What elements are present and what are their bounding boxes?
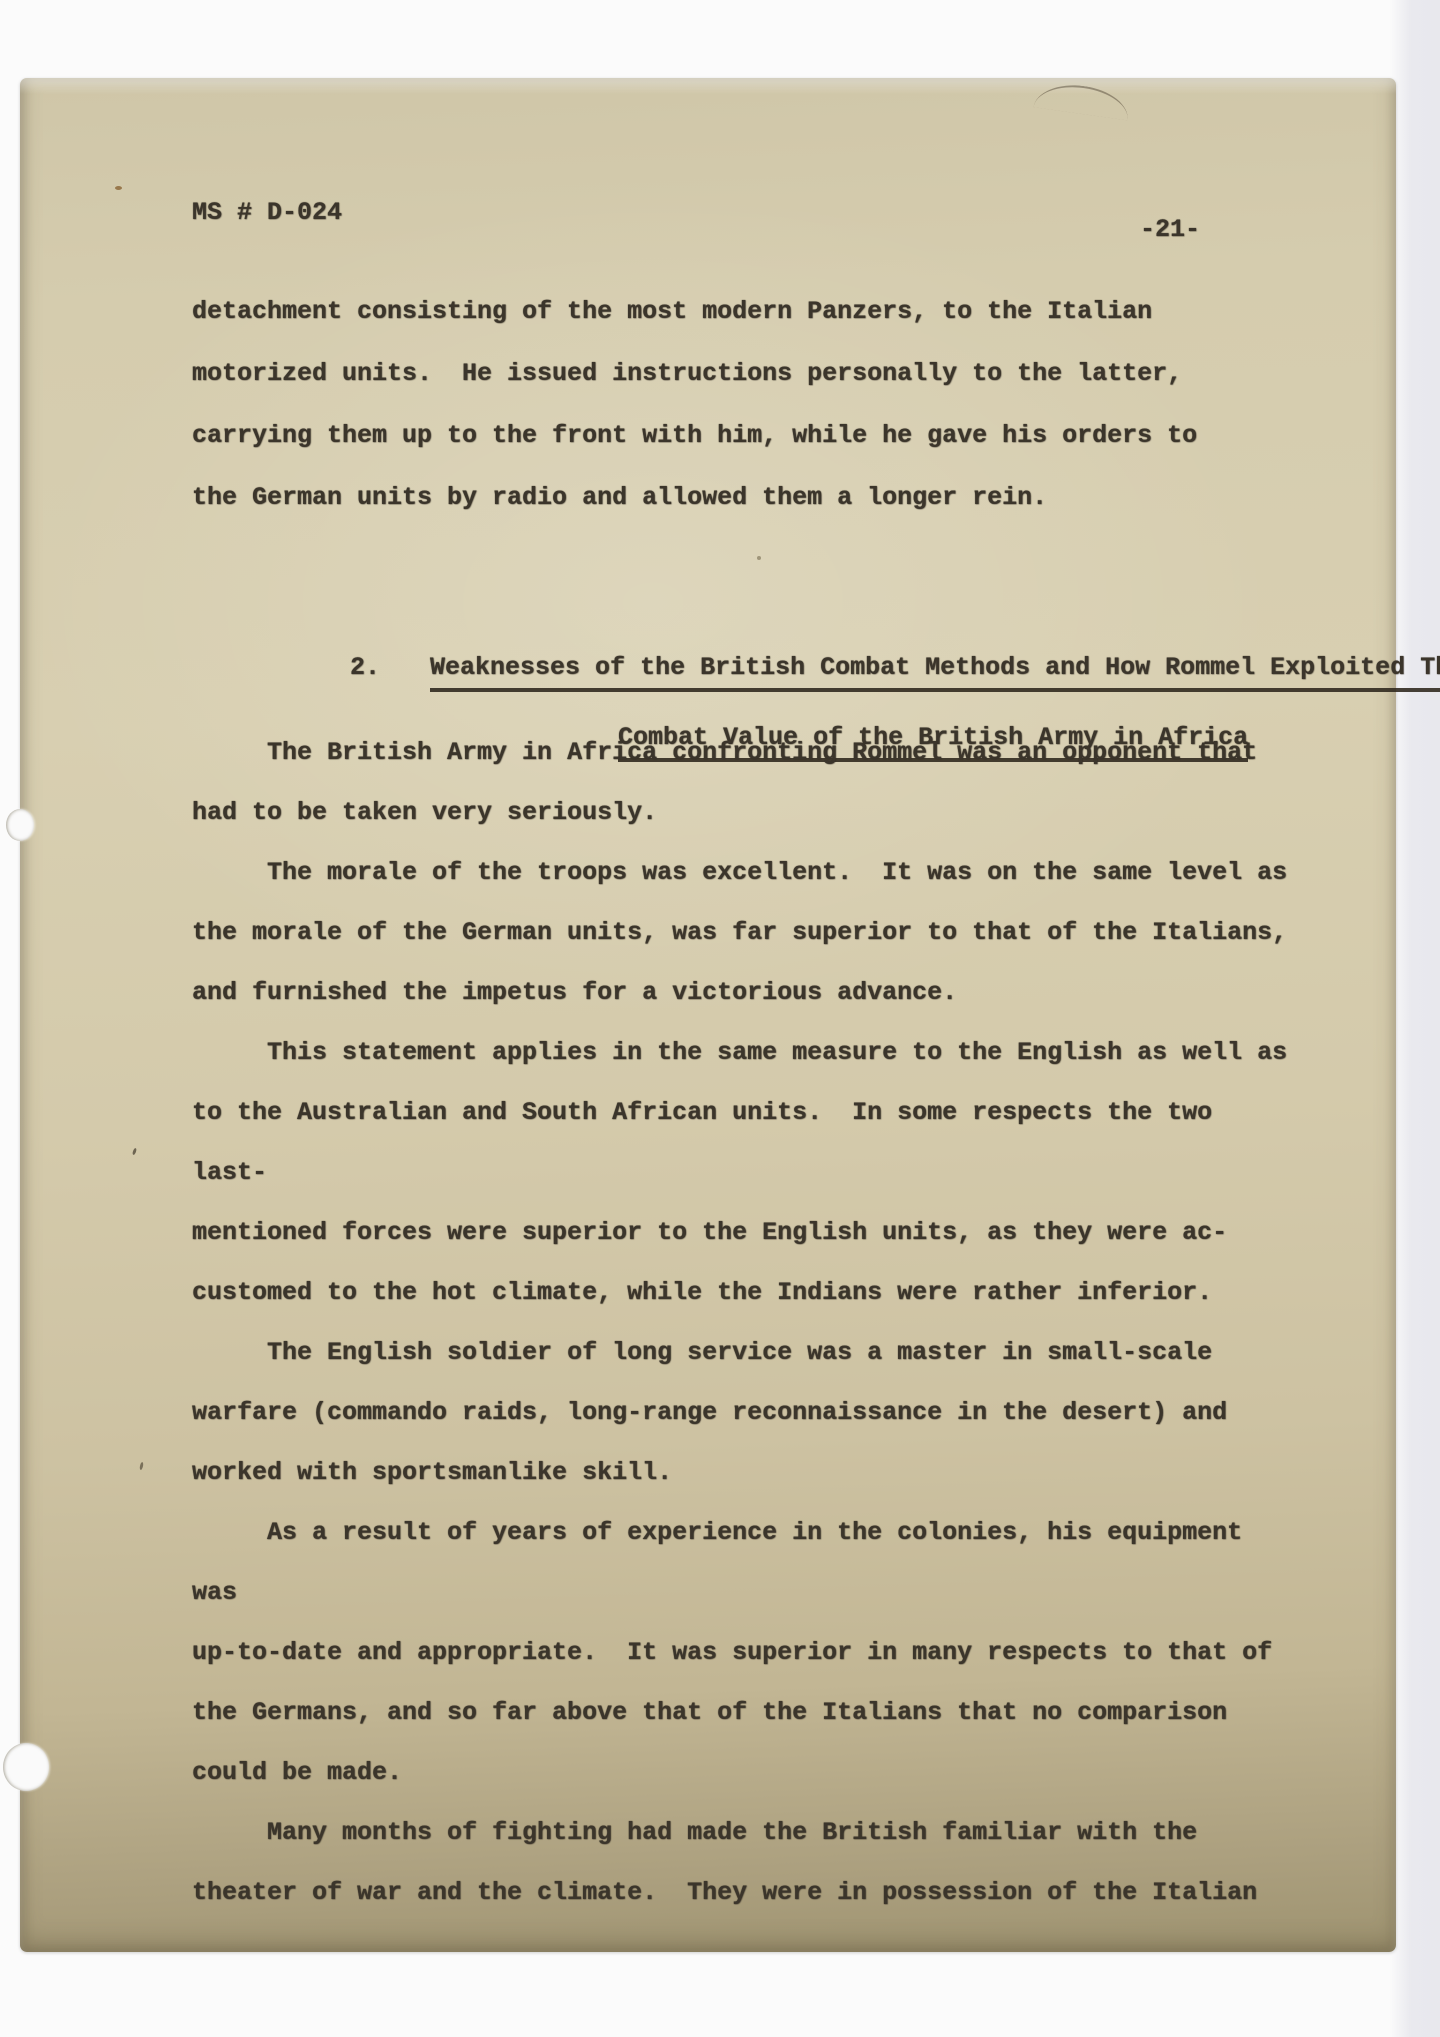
paper-top-sheen [20,78,1396,94]
document-page: MS # D-024 -21- detachment consisting of… [20,78,1396,1952]
paragraph-6: As a result of years of experience in th… [192,1503,1296,1803]
punch-hole [6,809,34,841]
paragraph-1: detachment consisting of the most modern… [192,281,1296,529]
paragraph-3: The morale of the troops was excellent. … [192,843,1296,1023]
section-number: 2. [350,633,430,703]
document-body: detachment consisting of the most modern… [20,281,1396,1923]
scan-background: MS # D-024 -21- detachment consisting of… [0,0,1440,2037]
paragraph-4: This statement applies in the same measu… [192,1023,1296,1323]
section-title-line-1: 2.Weaknesses of the British Combat Metho… [192,563,1296,633]
punch-hole [3,1743,49,1791]
paper-speck [115,186,122,190]
paragraph-7: Many months of fighting had made the Bri… [192,1803,1296,1923]
document-header: MS # D-024 -21- [20,78,1396,226]
paragraph-5: The English soldier of long service was … [192,1323,1296,1503]
manuscript-id: MS # D-024 [192,200,342,226]
paragraph-2: The British Army in Africa confronting R… [192,723,1296,843]
section-title-text: Weaknesses of the British Combat Methods… [430,652,1440,692]
paper-speck [757,556,761,560]
section-heading: 2.Weaknesses of the British Combat Metho… [192,563,1296,703]
page-number: -21- [1140,217,1200,243]
